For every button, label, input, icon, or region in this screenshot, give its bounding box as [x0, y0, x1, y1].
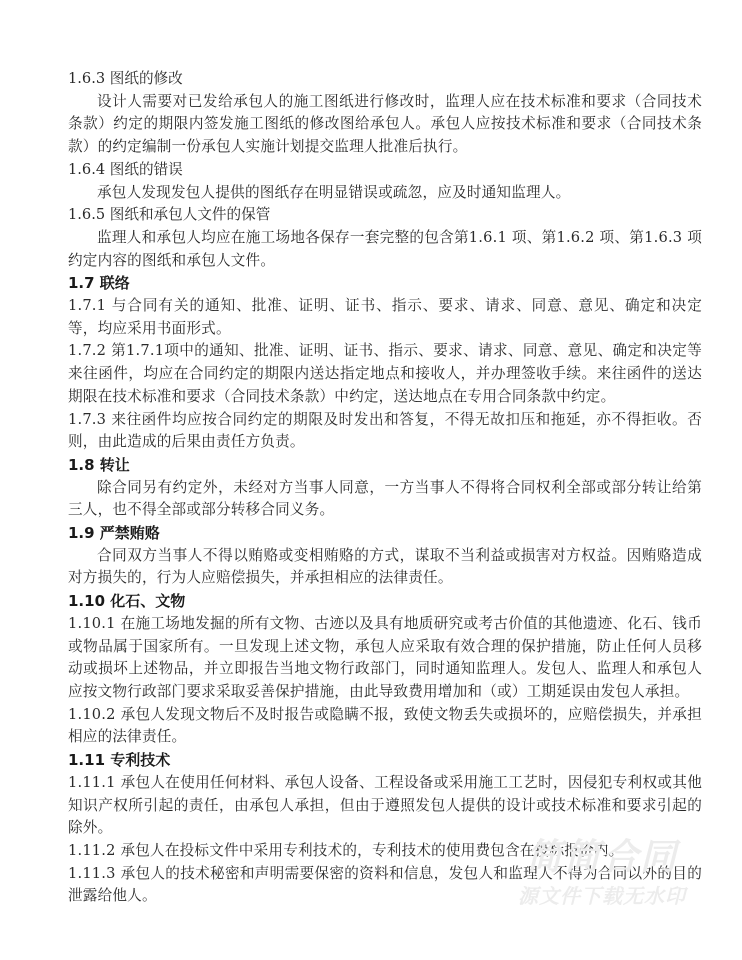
- clause-1-11-3: 1.11.3 承包人的技术秘密和声明需要保密的资料和信息，发包人和监理人不得为合…: [68, 863, 702, 908]
- clause-1-7-1: 1.7.1 与合同有关的通知、批准、证明、证书、指示、要求、请求、同意、意见、确…: [68, 295, 702, 340]
- heading-1-7: 1.7 联络: [68, 272, 702, 295]
- heading-1-6-4: 1.6.4 图纸的错误: [68, 159, 702, 182]
- heading-1-10: 1.10 化石、文物: [68, 590, 702, 613]
- clause-1-10-1: 1.10.1 在施工场地发掘的所有文物、古迹以及具有地质研究或考古价值的其他遗迹…: [68, 613, 702, 704]
- paragraph: 除合同另有约定外，未经对方当事人同意，一方当事人不得将合同权利全部或部分转让给第…: [68, 477, 702, 522]
- paragraph: 设计人需要对已发给承包人的施工图纸进行修改时，监理人应在技术标准和要求（合同技术…: [68, 91, 702, 159]
- paragraph: 合同双方当事人不得以贿赂或变相贿赂的方式，谋取不当利益或损害对方权益。因贿赂造成…: [68, 545, 702, 590]
- heading-1-8: 1.8 转让: [68, 454, 702, 477]
- heading-1-9: 1.9 严禁贿赂: [68, 522, 702, 545]
- paragraph: 承包人发现发包人提供的图纸存在明显错误或疏忽，应及时通知监理人。: [68, 182, 702, 205]
- clause-1-11-2: 1.11.2 承包人在投标文件中采用专利技术的，专利技术的使用费包含在投标报价内…: [68, 840, 702, 863]
- heading-1-11: 1.11 专利技术: [68, 749, 702, 772]
- heading-1-6-5: 1.6.5 图纸和承包人文件的保管: [68, 204, 702, 227]
- clause-1-7-3: 1.7.3 来往函件均应按合同约定的期限及时发出和答复，不得无故扣压和拖延，亦不…: [68, 409, 702, 454]
- clause-1-7-2: 1.7.2 第1.7.1项中的通知、批准、证明、证书、指示、要求、请求、同意、意…: [68, 340, 702, 408]
- clause-1-10-2: 1.10.2 承包人发现文物后不及时报告或隐瞒不报，致使文物丢失或损坏的，应赔偿…: [68, 704, 702, 749]
- heading-1-6-3: 1.6.3 图纸的修改: [68, 68, 702, 91]
- document-page: 1.6.3 图纸的修改 设计人需要对已发给承包人的施工图纸进行修改时，监理人应在…: [68, 68, 702, 908]
- clause-1-11-1: 1.11.1 承包人在使用任何材料、承包人设备、工程设备或采用施工工艺时，因侵犯…: [68, 772, 702, 840]
- paragraph: 监理人和承包人均应在施工场地各保存一套完整的包含第1.6.1 项、第1.6.2 …: [68, 227, 702, 272]
